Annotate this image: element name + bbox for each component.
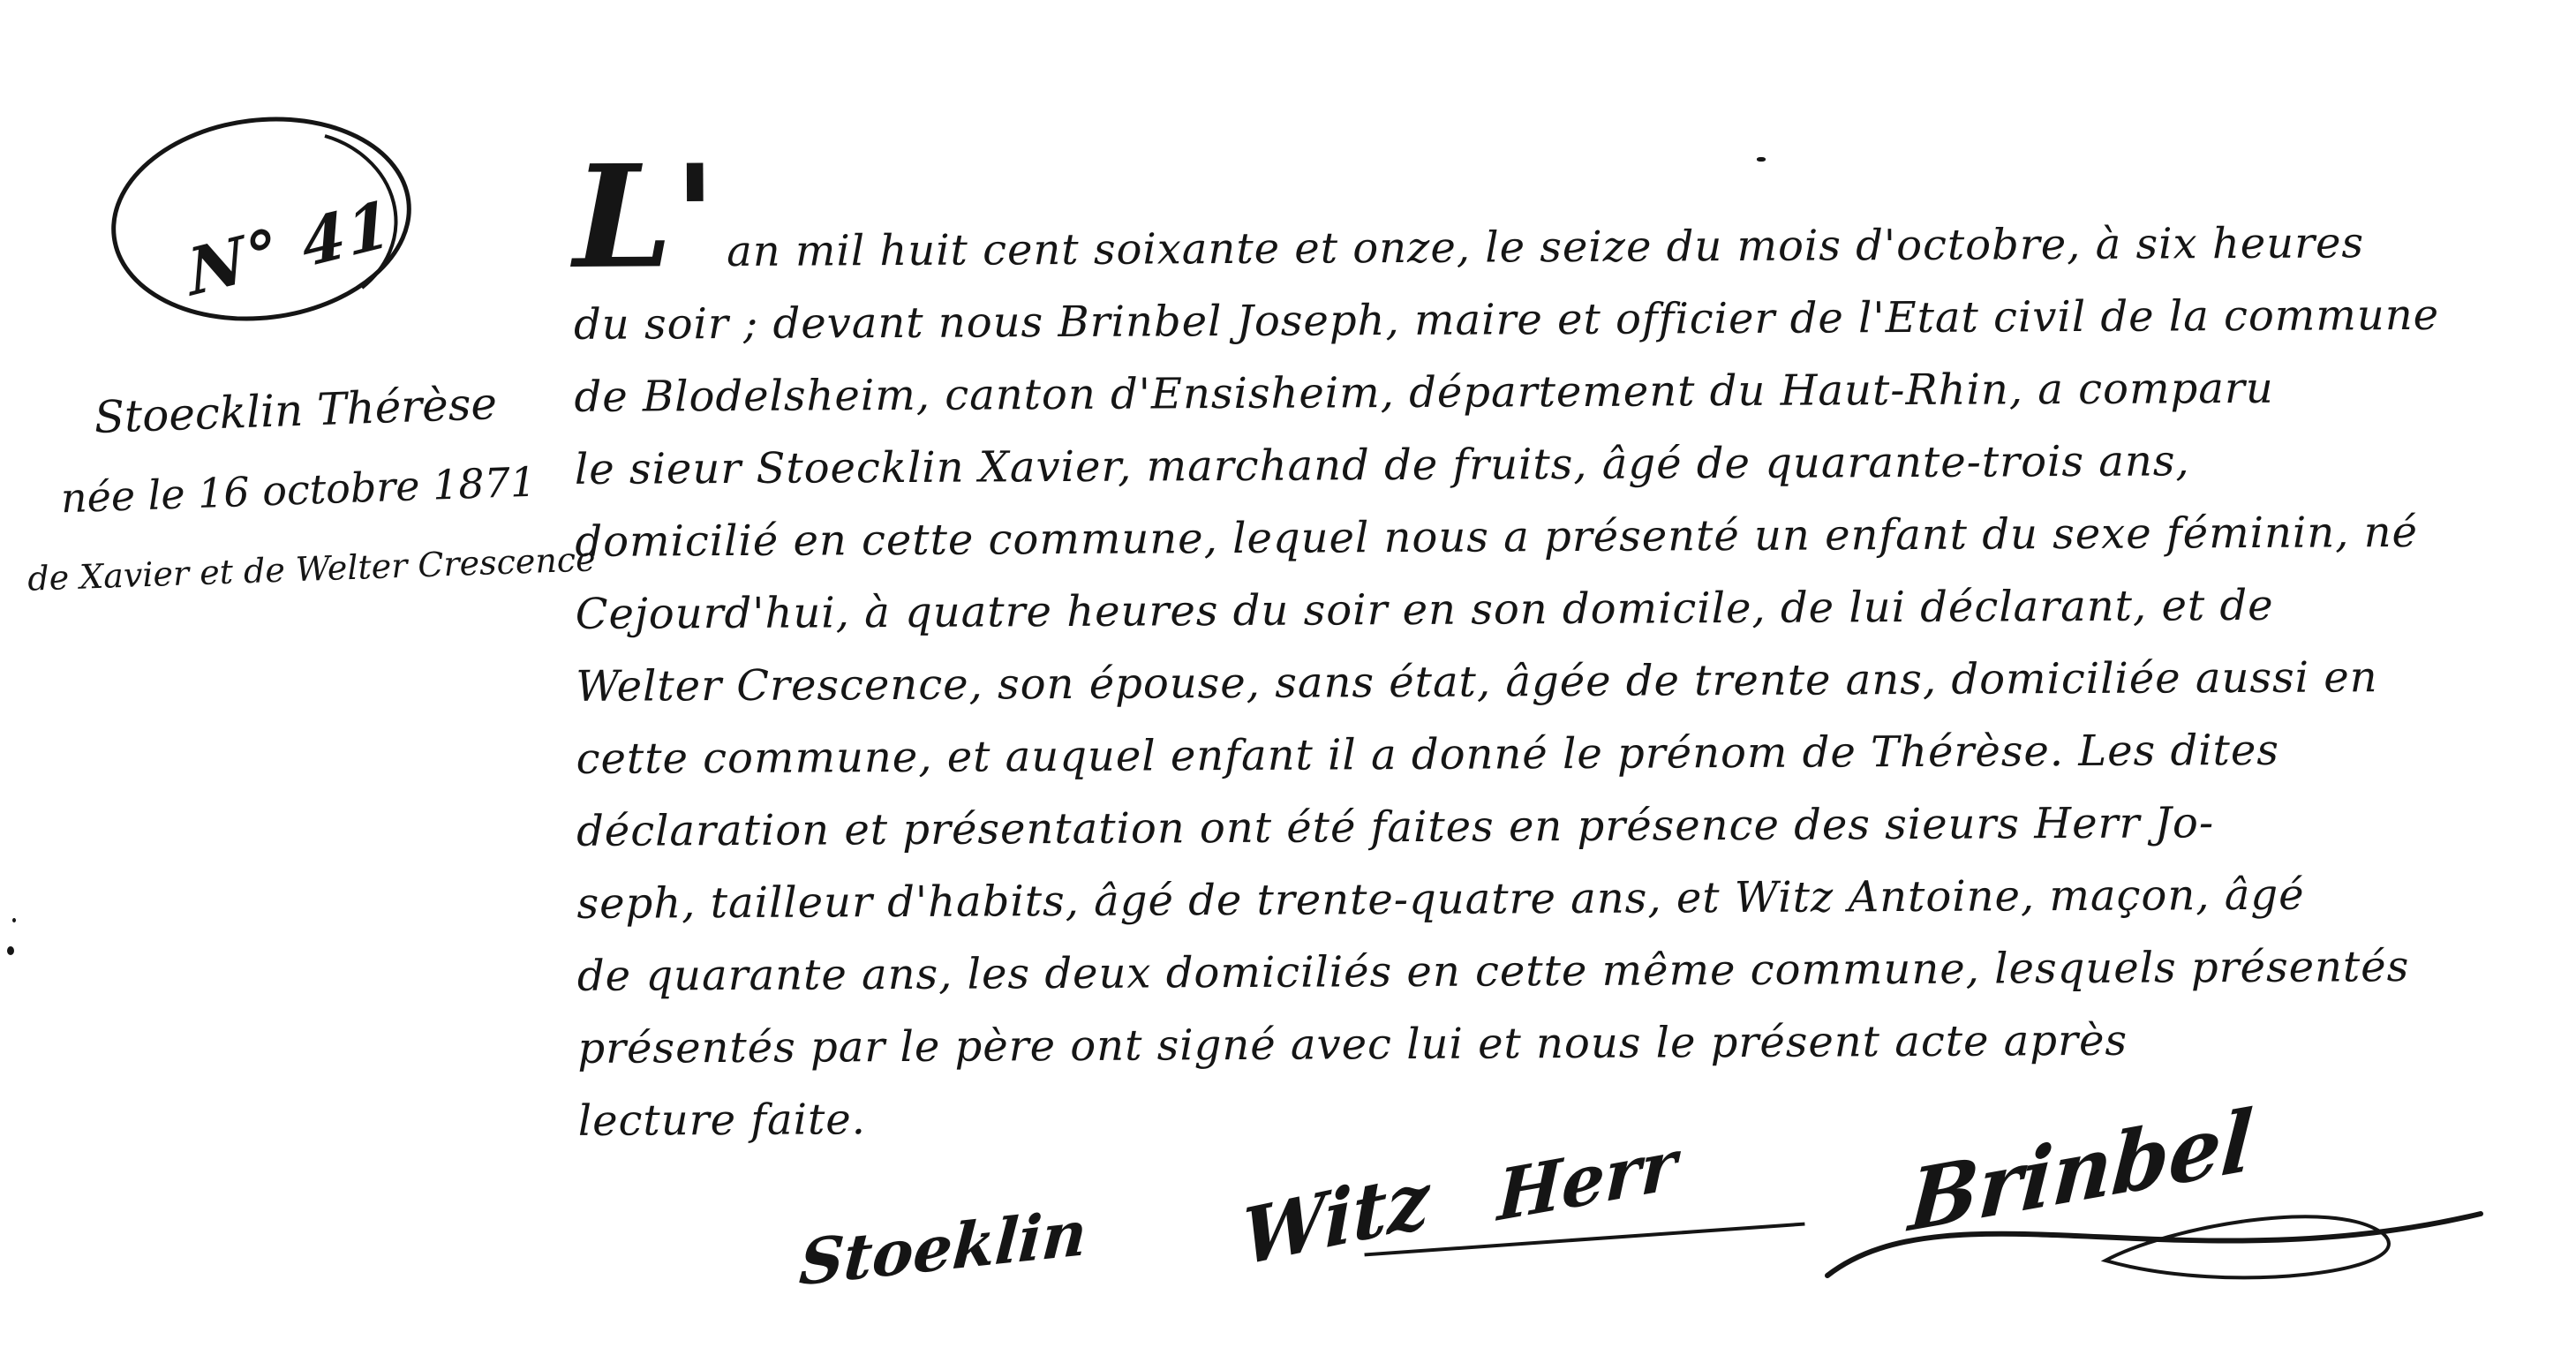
- body-line-5: domicilié en cette commune, lequel nous …: [575, 495, 2570, 578]
- signature-underline-stroke: [1364, 1223, 1804, 1257]
- ink-speck: [7, 946, 14, 955]
- signature-flourish-icon: [1814, 1165, 2503, 1298]
- body-line-11: de quarante ans, les deux domiciliés en …: [577, 930, 2572, 1012]
- body-line-1: L'an mil huit cent soixante et onze, le …: [573, 189, 2568, 289]
- body-line-3: de Blodelsheim, canton d'Ensisheim, dépa…: [574, 350, 2569, 433]
- body-line-4: le sieur Stoecklin Xavier, marchand de f…: [575, 423, 2570, 506]
- body-line-9: déclaration et présentation ont été fait…: [576, 785, 2572, 868]
- act-number-stamp: N° 41: [104, 106, 422, 335]
- body-line-8: cette commune, et auquel enfant il a don…: [576, 712, 2571, 795]
- act-body: L'an mil huit cent soixante et onze, le …: [573, 127, 2573, 1157]
- ink-speck: [1757, 157, 1766, 162]
- body-line-10: seph, tailleur d'habits, âgé de trente-q…: [576, 857, 2572, 940]
- civil-register-page: N° 41 Stoecklin Thérèse née le 16 octobr…: [0, 0, 2576, 1355]
- body-line-6: Cejourd'hui, à quatre heures du soir en …: [576, 568, 2571, 651]
- ink-speck: [12, 918, 16, 922]
- margin-note: Stoecklin Thérèse née le 16 octobre 1871…: [20, 361, 576, 618]
- body-line-2: du soir ; devant nous Brinbel Joseph, ma…: [574, 278, 2569, 361]
- signature-witz: Witz: [1242, 1153, 1429, 1283]
- signature-stoeklin: Stoeklin: [797, 1195, 1089, 1299]
- body-line-12: présentés par le père ont signé avec lui…: [577, 1002, 2572, 1085]
- body-line-7: Welter Crescence, son épouse, sans état,…: [576, 640, 2571, 723]
